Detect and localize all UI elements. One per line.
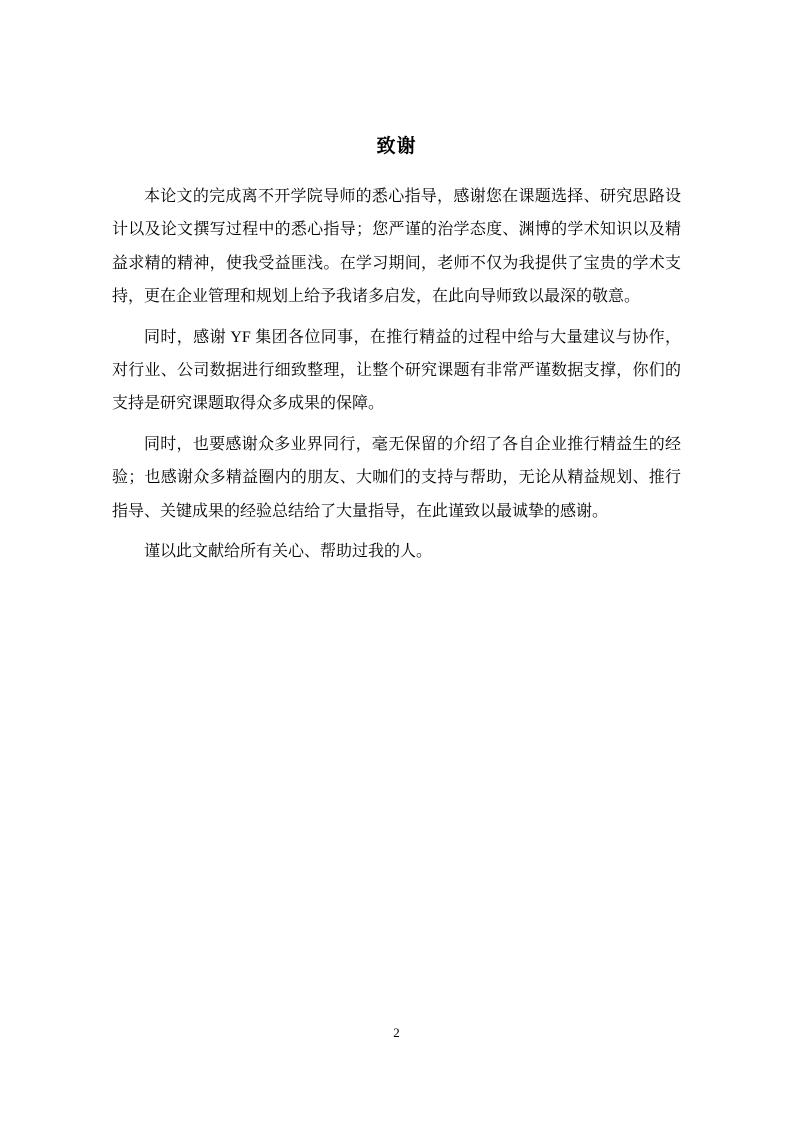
acknowledgment-paragraph-4: 谨以此文献给所有关心、帮助过我的人。 (112, 535, 681, 568)
document-content: 致谢 本论文的完成离不开学院导师的悉心指导，感谢您在课题选择、研究思路设计以及论… (112, 133, 681, 575)
acknowledgment-paragraph-3: 同时，也要感谢众多业界同行，毫无保留的介绍了各自企业推行精益生的经验；也感谢众多… (112, 428, 681, 528)
document-page: 致谢 本论文的完成离不开学院导师的悉心指导，感谢您在课题选择、研究思路设计以及论… (0, 0, 793, 1122)
acknowledgment-paragraph-1: 本论文的完成离不开学院导师的悉心指导，感谢您在课题选择、研究思路设计以及论文撰写… (112, 180, 681, 314)
page-number: 2 (0, 1025, 793, 1041)
page-title: 致谢 (112, 133, 681, 161)
acknowledgment-paragraph-2: 同时，感谢 YF 集团各位同事，在推行精益的过程中给与大量建议与协作，对行业、公… (112, 321, 681, 421)
